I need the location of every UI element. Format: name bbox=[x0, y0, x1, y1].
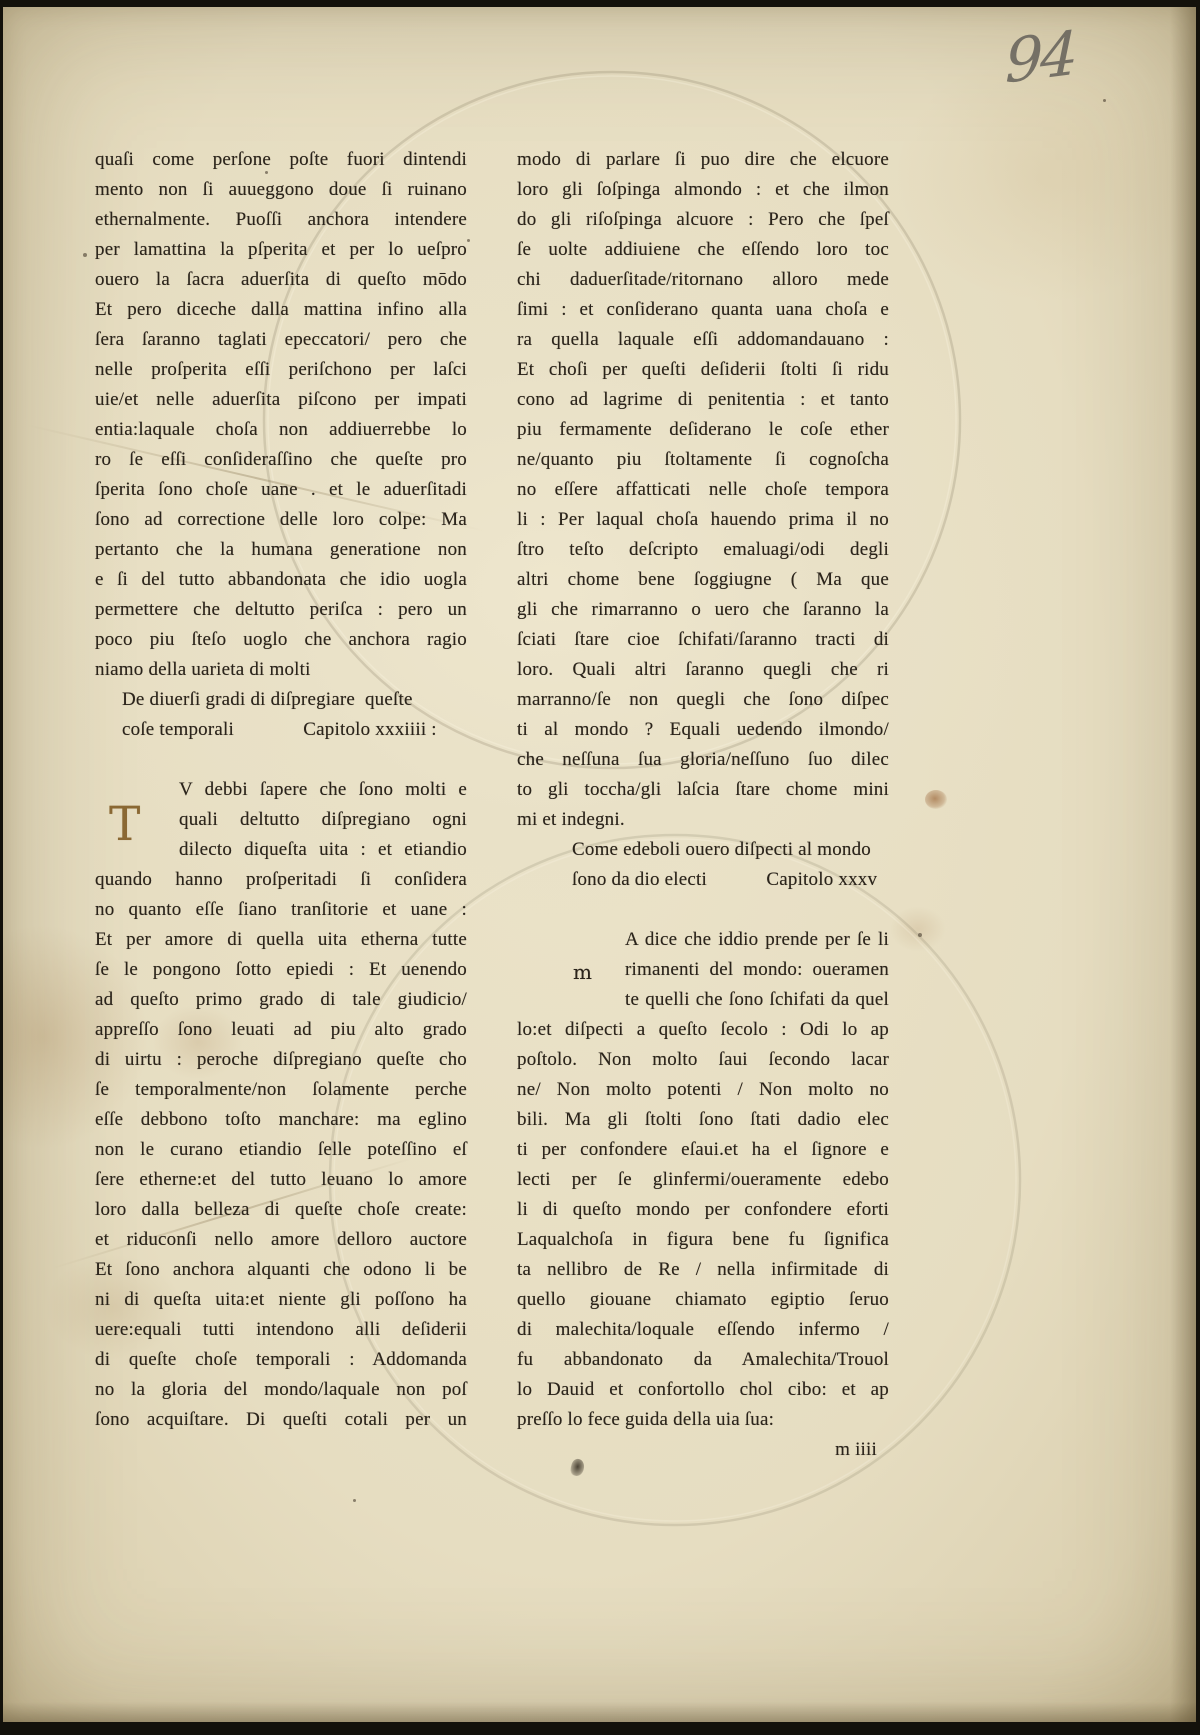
text-line: piu fermamente deſiderano le coſe ether bbox=[517, 415, 889, 445]
text-line: niamo della uarieta di molti bbox=[95, 655, 467, 685]
text-line: ti per confondere eſaui.et ha el ſignore… bbox=[517, 1135, 889, 1165]
text-line: poſtolo. Non molto ſaui ſecondo lacar bbox=[517, 1045, 889, 1075]
text-line: Et per amore di quella uita etherna tutt… bbox=[95, 925, 467, 955]
text-line: quando hanno proſperitadi ſi conſidera bbox=[95, 865, 467, 895]
text-line: et riduconſi nello amore delloro auctore bbox=[95, 1225, 467, 1255]
printed-initial-letter: T bbox=[109, 801, 141, 848]
text-line: no eſſere affatticati nelle choſe tempor… bbox=[517, 475, 889, 505]
text-line: modo di parlare ſi puo dire che elcuore bbox=[517, 145, 889, 175]
heading-line: Come edeboli ouero diſpecti al mondo bbox=[517, 835, 889, 865]
text-line: ti al mondo ? Equali uedendo ilmondo/ bbox=[517, 715, 889, 745]
text-line: ne/ Non molto potenti / Non molto no bbox=[517, 1075, 889, 1105]
text-line: di malechita/loquale eſſendo infermo / bbox=[517, 1315, 889, 1345]
text-line: quaſi come perſone poſte fuori dintendi bbox=[95, 145, 467, 175]
text-block: quaſi come perſone poſte fuori dintendim… bbox=[95, 145, 467, 685]
text-line: e ſi del tutto abbandonata che idio uogl… bbox=[95, 565, 467, 595]
heading-line: De diuerſi gradi di diſpregiare queſte bbox=[95, 685, 467, 715]
text-line: ouero la ſacra aduerſita di queſto mōdo bbox=[95, 265, 467, 295]
text-line: loro dalla belleza di queſte choſe creat… bbox=[95, 1195, 467, 1225]
text-line: gli che rimarranno o uero che ſaranno la bbox=[517, 595, 889, 625]
text-line: chi daduerſitade/ritornano alloro mede bbox=[517, 265, 889, 295]
text-line: uie/et nelle aduerſita piſcono per impat… bbox=[95, 385, 467, 415]
text-line: altri chome bene ſoggiugne ( Ma que bbox=[517, 565, 889, 595]
text-line: permettere che deltutto periſca : pero u… bbox=[95, 595, 467, 625]
text-line: uere:equali tutti intendono alli deſider… bbox=[95, 1315, 467, 1345]
text-line: bili. Ma gli ſtolti ſono ſtati dadio ele… bbox=[517, 1105, 889, 1135]
paper-speck bbox=[1103, 99, 1106, 102]
text-block: V debbi ſapere che ſono molti equali del… bbox=[95, 775, 467, 1435]
text-line: ſciati ſtare cioe ſchifati/ſaranno tract… bbox=[517, 625, 889, 655]
chapter-heading: Come edeboli ouero diſpecti al mondoſono… bbox=[517, 835, 889, 895]
text-block: A dice che iddio prende per ſe lirimanen… bbox=[517, 925, 889, 1435]
text-line: ta nellibro de Re / nella infirmitade di bbox=[517, 1255, 889, 1285]
text-line: dilecto diqueſta uita : et etiandio bbox=[95, 835, 467, 865]
text-line: lo:et diſpecti a queſto ſecolo : Odi lo … bbox=[517, 1015, 889, 1045]
text-block: modo di parlare ſi puo dire che elcuorel… bbox=[517, 145, 889, 835]
quire-signature: m iiii bbox=[517, 1435, 889, 1465]
paper-speck bbox=[83, 253, 87, 257]
text-line: non le curano etiandio ſelle poteſſino e… bbox=[95, 1135, 467, 1165]
text-line: per lamattina la pſperita et per lo ueſp… bbox=[95, 235, 467, 265]
page-edge-shadow-bottom bbox=[3, 1702, 1196, 1722]
text-line: ſera ſaranno taglati epeccatori/ pero ch… bbox=[95, 325, 467, 355]
paper-speck bbox=[918, 933, 922, 937]
text-line: m iiii bbox=[517, 1435, 889, 1465]
ink-stain bbox=[925, 790, 947, 809]
text-line: Et choſi per queſti deſiderii ſtolti ſi … bbox=[517, 355, 889, 385]
text-line: ni di queſta uita:et niente gli poſſono … bbox=[95, 1285, 467, 1315]
text-line: Laqualchoſa in figura bene fu ſignifica bbox=[517, 1225, 889, 1255]
text-line: entia:laquale choſa non addiuerrebbe lo bbox=[95, 415, 467, 445]
paper-speck bbox=[467, 239, 470, 242]
text-column-right: modo di parlare ſi puo dire che elcuorel… bbox=[517, 145, 889, 1465]
paper-speck bbox=[353, 1499, 356, 1502]
text-line: nelle proſperita eſſi periſchono per laſ… bbox=[95, 355, 467, 385]
text-line: ſtro teſto deſcripto emaluagi/odi degli bbox=[517, 535, 889, 565]
text-line: ro ſe eſſi conſideraſſino che queſte pro bbox=[95, 445, 467, 475]
text-line: Et pero diceche dalla mattina infino all… bbox=[95, 295, 467, 325]
text-line: marranno/ſe non quegli che ſono diſpec bbox=[517, 685, 889, 715]
text-line: ſono ad correctione delle loro colpe: Ma bbox=[95, 505, 467, 535]
page-edge-shadow-right bbox=[1170, 7, 1196, 1722]
text-line: che neſſuna ſua gloria/neſſuno ſuo dilec bbox=[517, 745, 889, 775]
text-line: ſe uolte addiuiene che eſſendo loro toc bbox=[517, 235, 889, 265]
text-line: li : Per laqual choſa hauendo prima il n… bbox=[517, 505, 889, 535]
text-line: ad queſto primo grado di tale giudicio/ bbox=[95, 985, 467, 1015]
text-line: no la gloria del mondo/laquale non poſ bbox=[95, 1375, 467, 1405]
paper: 94 quaſi come perſone poſte fuori dinten… bbox=[3, 7, 1196, 1722]
handwritten-folio-number: 94 bbox=[1005, 18, 1076, 97]
text-line: fu abbandonato da Amalechita/Trouol bbox=[517, 1345, 889, 1375]
text-line: ſe le pongono ſotto epiedi : Et uenendo bbox=[95, 955, 467, 985]
text-line: quali deltutto diſpregiano ogni bbox=[95, 805, 467, 835]
text-line: ſimi : et conſiderano quanta uana choſa … bbox=[517, 295, 889, 325]
text-line: li di queſto mondo per confondere eforti bbox=[517, 1195, 889, 1225]
text-line: loro gli ſoſpinga almondo : et che ilmon bbox=[517, 175, 889, 205]
text-line: to gli toccha/gli laſcia ſtare chome min… bbox=[517, 775, 889, 805]
text-line: eſſe debbono toſto manchare: ma eglino bbox=[95, 1105, 467, 1135]
text-line: ſono acquiſtare. Di queſti cotali per un bbox=[95, 1405, 467, 1435]
text-line: do gli riſoſpinga alcuore : Pero che ſpe… bbox=[517, 205, 889, 235]
text-line: mento non ſi auueggono doue ſi ruinano bbox=[95, 175, 467, 205]
text-line: poco piu ſteſo uoglo che anchora ragio bbox=[95, 625, 467, 655]
text-line: te quelli che ſono ſchifati da quel bbox=[517, 985, 889, 1015]
text-line: A dice che iddio prende per ſe li bbox=[517, 925, 889, 955]
text-line: ethernalmente. Puoſſi anchora intendere bbox=[95, 205, 467, 235]
chapter-heading: De diuerſi gradi di diſpregiare queſteco… bbox=[95, 685, 467, 745]
text-line: ſere etherne:et del tutto leuano lo amor… bbox=[95, 1165, 467, 1195]
heading-line: coſe temporali Capitolo xxxiiii : bbox=[95, 715, 467, 745]
text-line: di uirtu : peroche diſpregiano queſte ch… bbox=[95, 1045, 467, 1075]
guide-letter: m bbox=[573, 962, 592, 982]
text-line: loro. Quali altri ſaranno quegli che ri bbox=[517, 655, 889, 685]
text-line: ſperita ſono choſe uane . et le aduerſit… bbox=[95, 475, 467, 505]
text-line: V debbi ſapere che ſono molti e bbox=[95, 775, 467, 805]
scanned-page: 94 quaſi come perſone poſte fuori dinten… bbox=[0, 0, 1200, 1735]
text-line: Et ſono anchora alquanti che odono li be bbox=[95, 1255, 467, 1285]
text-line: ne/quanto piu ſtoltamente ſi cognoſcha bbox=[517, 445, 889, 475]
text-column-left: quaſi come perſone poſte fuori dintendim… bbox=[95, 145, 467, 1435]
text-line: quello giouane chiamato egiptio ſeruo bbox=[517, 1285, 889, 1315]
text-line: lo Dauid et confortollo chol cibo: et ap bbox=[517, 1375, 889, 1405]
heading-line: ſono da dio electi Capitolo xxxv bbox=[517, 865, 889, 895]
text-line: mi et indegni. bbox=[517, 805, 889, 835]
text-line: preſſo lo fece guida della uia ſua: bbox=[517, 1405, 889, 1435]
text-line: ſe temporalmente/non ſolamente perche bbox=[95, 1075, 467, 1105]
text-line: di queſte choſe temporali : Addomanda bbox=[95, 1345, 467, 1375]
text-line: ra quella laquale eſſi addomandauano : bbox=[517, 325, 889, 355]
text-line: lecti per ſe glinfermi/oueramente edebo bbox=[517, 1165, 889, 1195]
text-line: appreſſo ſono leuati ad piu alto grado bbox=[95, 1015, 467, 1045]
text-line: pertanto che la humana generatione non bbox=[95, 535, 467, 565]
text-line: no quanto eſſe ſiano tranſitorie et uane… bbox=[95, 895, 467, 925]
text-line: cono ad lagrime di penitentia : et tanto bbox=[517, 385, 889, 415]
